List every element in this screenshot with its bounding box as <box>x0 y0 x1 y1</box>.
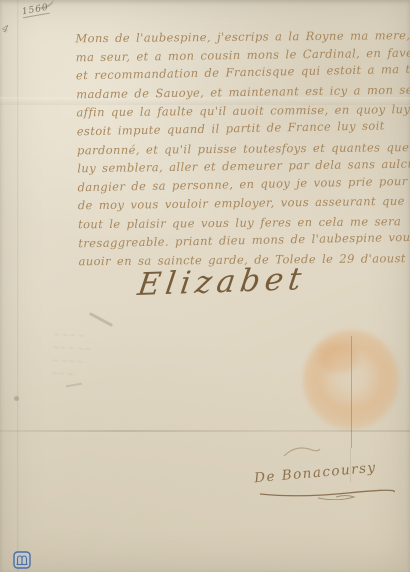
letter-body: Mons de l'aubespine, j'escrips a la Royn… <box>75 25 410 271</box>
royal-signature: Elizabet <box>136 261 309 303</box>
seal-slit-line <box>351 336 352 448</box>
wax-seal-blotch <box>318 342 358 372</box>
bleedthrough-scribbles: ~ ~~ ~ ~~ ~ ~~ ~ ~~ ~ ~~ ~ <box>51 328 144 385</box>
collection-stamp-icon <box>13 551 31 569</box>
letter-scan: 1560 4 Mons de l'aubespine, j'escrips a … <box>0 0 410 572</box>
countersignature-flourish-top <box>282 444 322 460</box>
countersignature-underline <box>258 488 396 500</box>
countersignature: De Bonacoursy <box>254 460 378 487</box>
vertical-fold-line <box>17 0 19 572</box>
horizontal-crease-lower <box>0 430 410 432</box>
pencil-ghost-mark <box>66 383 82 388</box>
pencil-ghost-mark <box>89 312 113 327</box>
pencil-edge-mark: 4 <box>1 23 10 35</box>
ink-spot <box>14 396 19 401</box>
